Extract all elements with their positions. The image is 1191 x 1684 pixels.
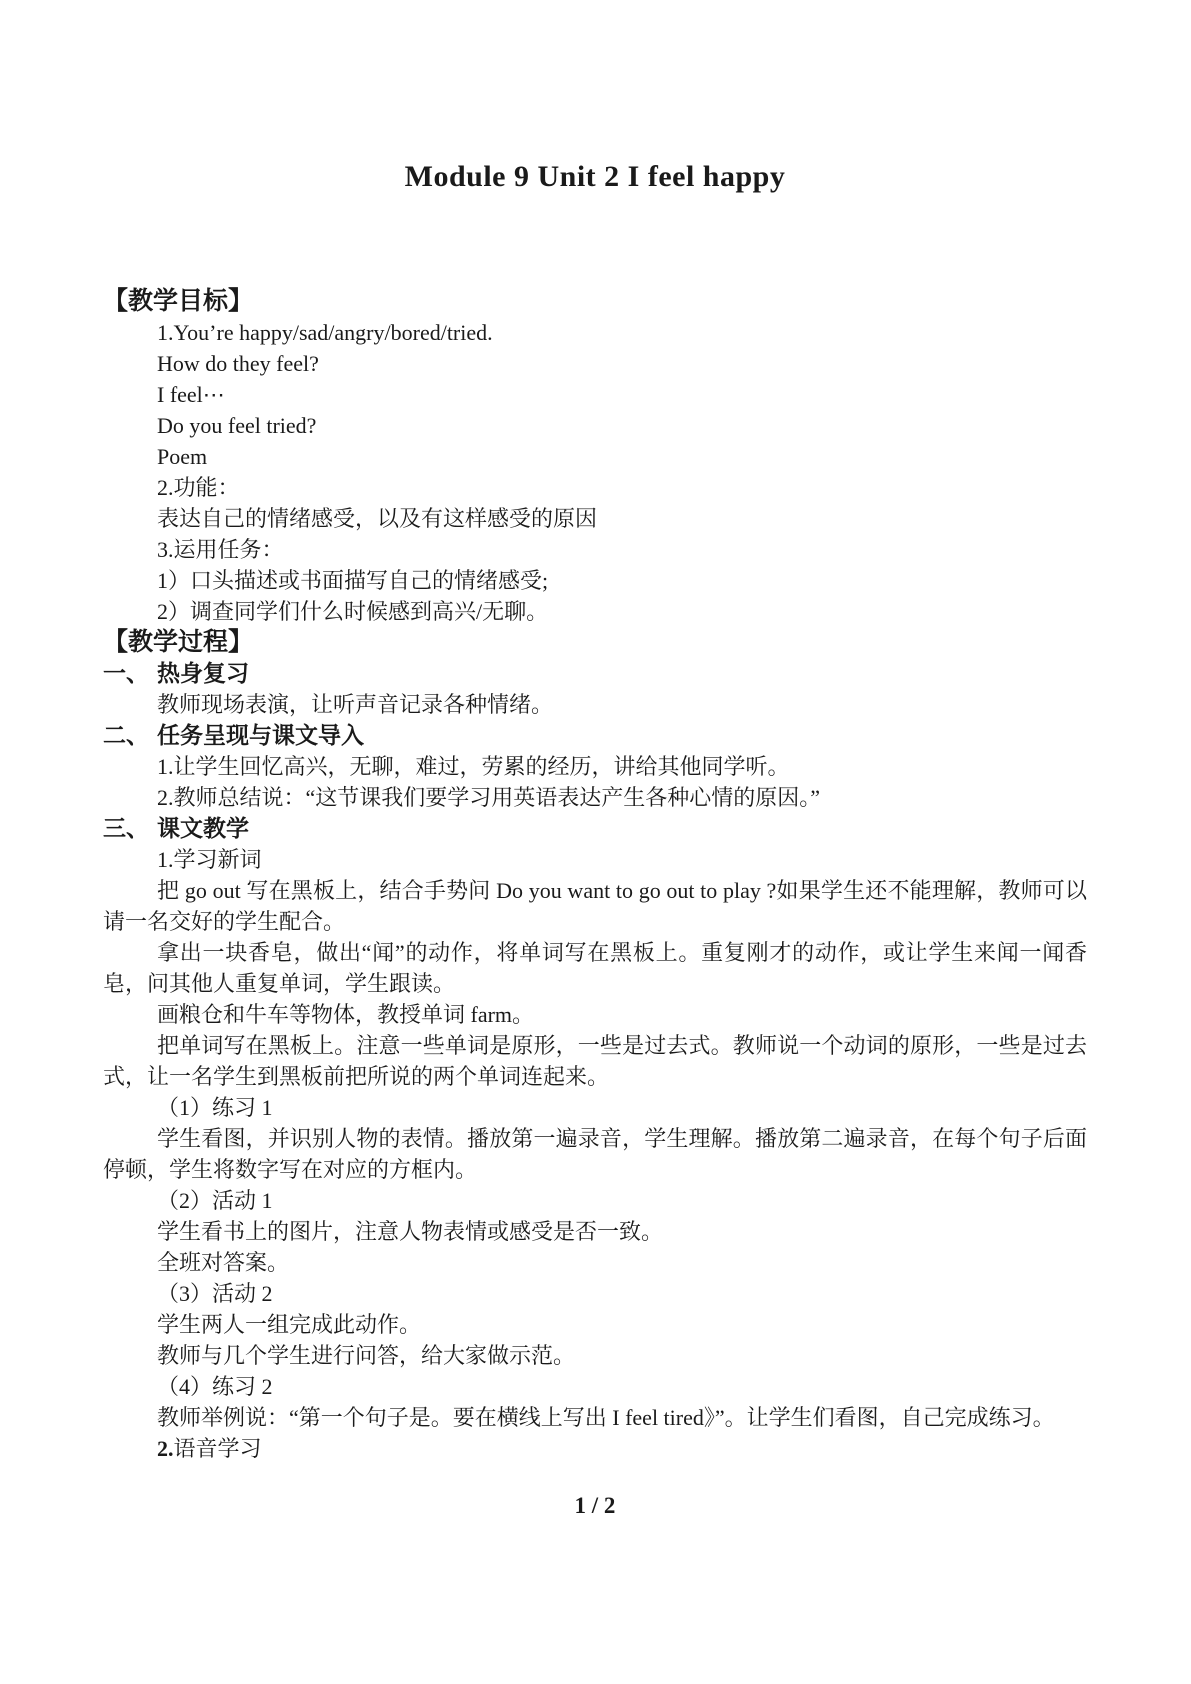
- section-heading: 【教学过程】: [103, 627, 1087, 658]
- heading-text: 任务呈现与课文导入: [157, 722, 364, 748]
- paragraph: Poem: [103, 441, 1087, 472]
- heading-text: 课文教学: [157, 815, 249, 841]
- paragraph: 1.让学生回忆高兴，无聊，难过，劳累的经历，讲给其他同学听。: [103, 751, 1087, 782]
- paragraph: （3）活动 2: [103, 1278, 1087, 1309]
- heading-text: 语音学习: [174, 1436, 262, 1461]
- paragraph: （4）练习 2: [103, 1371, 1087, 1402]
- paragraph: 把单词写在黑板上。注意一些单词是原形，一些是过去式。教师说一个动词的原形，一些是…: [103, 1030, 1087, 1092]
- paragraph: 3.运用任务：: [103, 534, 1087, 565]
- paragraph: 2）调查同学们什么时候感到高兴/无聊。: [103, 596, 1087, 627]
- paragraph: 把 go out 写在黑板上，结合手势问 Do you want to go o…: [103, 875, 1087, 937]
- paragraph: 2.语音学习: [103, 1433, 1087, 1464]
- paragraph: 画粮仓和牛车等物体，教授单词 farm。: [103, 999, 1087, 1030]
- numbered-heading: 一、热身复习: [103, 658, 1087, 689]
- paragraph: （2）活动 1: [103, 1185, 1087, 1216]
- section-heading: 【教学目标】: [103, 286, 1087, 317]
- paragraph: 2.教师总结说：“这节课我们要学习用英语表达产生各种心情的原因。”: [103, 782, 1087, 813]
- paragraph: 教师与几个学生进行问答，给大家做示范。: [103, 1340, 1087, 1371]
- paragraph: 学生看图，并识别人物的表情。播放第一遍录音，学生理解。播放第二遍录音，在每个句子…: [103, 1123, 1087, 1185]
- paragraph: 全班对答案。: [103, 1247, 1087, 1278]
- paragraph: 学生看书上的图片，注意人物表情或感受是否一致。: [103, 1216, 1087, 1247]
- list-marker: 2.: [157, 1436, 174, 1461]
- paragraph: How do they feel?: [103, 348, 1087, 379]
- list-marker: 三、: [103, 813, 157, 844]
- paragraph: 拿出一块香皂，做出“闻”的动作，将单词写在黑板上。重复刚才的动作，或让学生来闻一…: [103, 937, 1087, 999]
- paragraph: 1）口头描述或书面描写自己的情绪感受;: [103, 565, 1087, 596]
- paragraph: 教师现场表演，让听声音记录各种情绪。: [103, 689, 1087, 720]
- document-title: Module 9 Unit 2 I feel happy: [103, 158, 1087, 196]
- paragraph: Do you feel tried?: [103, 410, 1087, 441]
- paragraph: 1.学习新词: [103, 844, 1087, 875]
- heading-text: 热身复习: [157, 660, 249, 686]
- document-page: Module 9 Unit 2 I feel happy 【教学目标】1.You…: [0, 0, 1191, 1684]
- document-body: 【教学目标】1.You’re happy/sad/angry/bored/tri…: [103, 286, 1087, 1464]
- paragraph: 学生两人一组完成此动作。: [103, 1309, 1087, 1340]
- paragraph: （1）练习 1: [103, 1092, 1087, 1123]
- list-marker: 二、: [103, 720, 157, 751]
- numbered-heading: 二、任务呈现与课文导入: [103, 720, 1087, 751]
- paragraph: 表达自己的情绪感受，以及有这样感受的原因: [103, 503, 1087, 534]
- paragraph: 教师举例说：“第一个句子是。要在横线上写出 I feel tired》”。让学生…: [103, 1402, 1087, 1433]
- page-number: 1 / 2: [103, 1490, 1087, 1521]
- list-marker: 一、: [103, 658, 157, 689]
- document-content: Module 9 Unit 2 I feel happy 【教学目标】1.You…: [0, 0, 1191, 1521]
- paragraph: I feel⋯: [103, 379, 1087, 410]
- paragraph: 2.功能：: [103, 472, 1087, 503]
- numbered-heading: 三、课文教学: [103, 813, 1087, 844]
- paragraph: 1.You’re happy/sad/angry/bored/tried.: [103, 317, 1087, 348]
